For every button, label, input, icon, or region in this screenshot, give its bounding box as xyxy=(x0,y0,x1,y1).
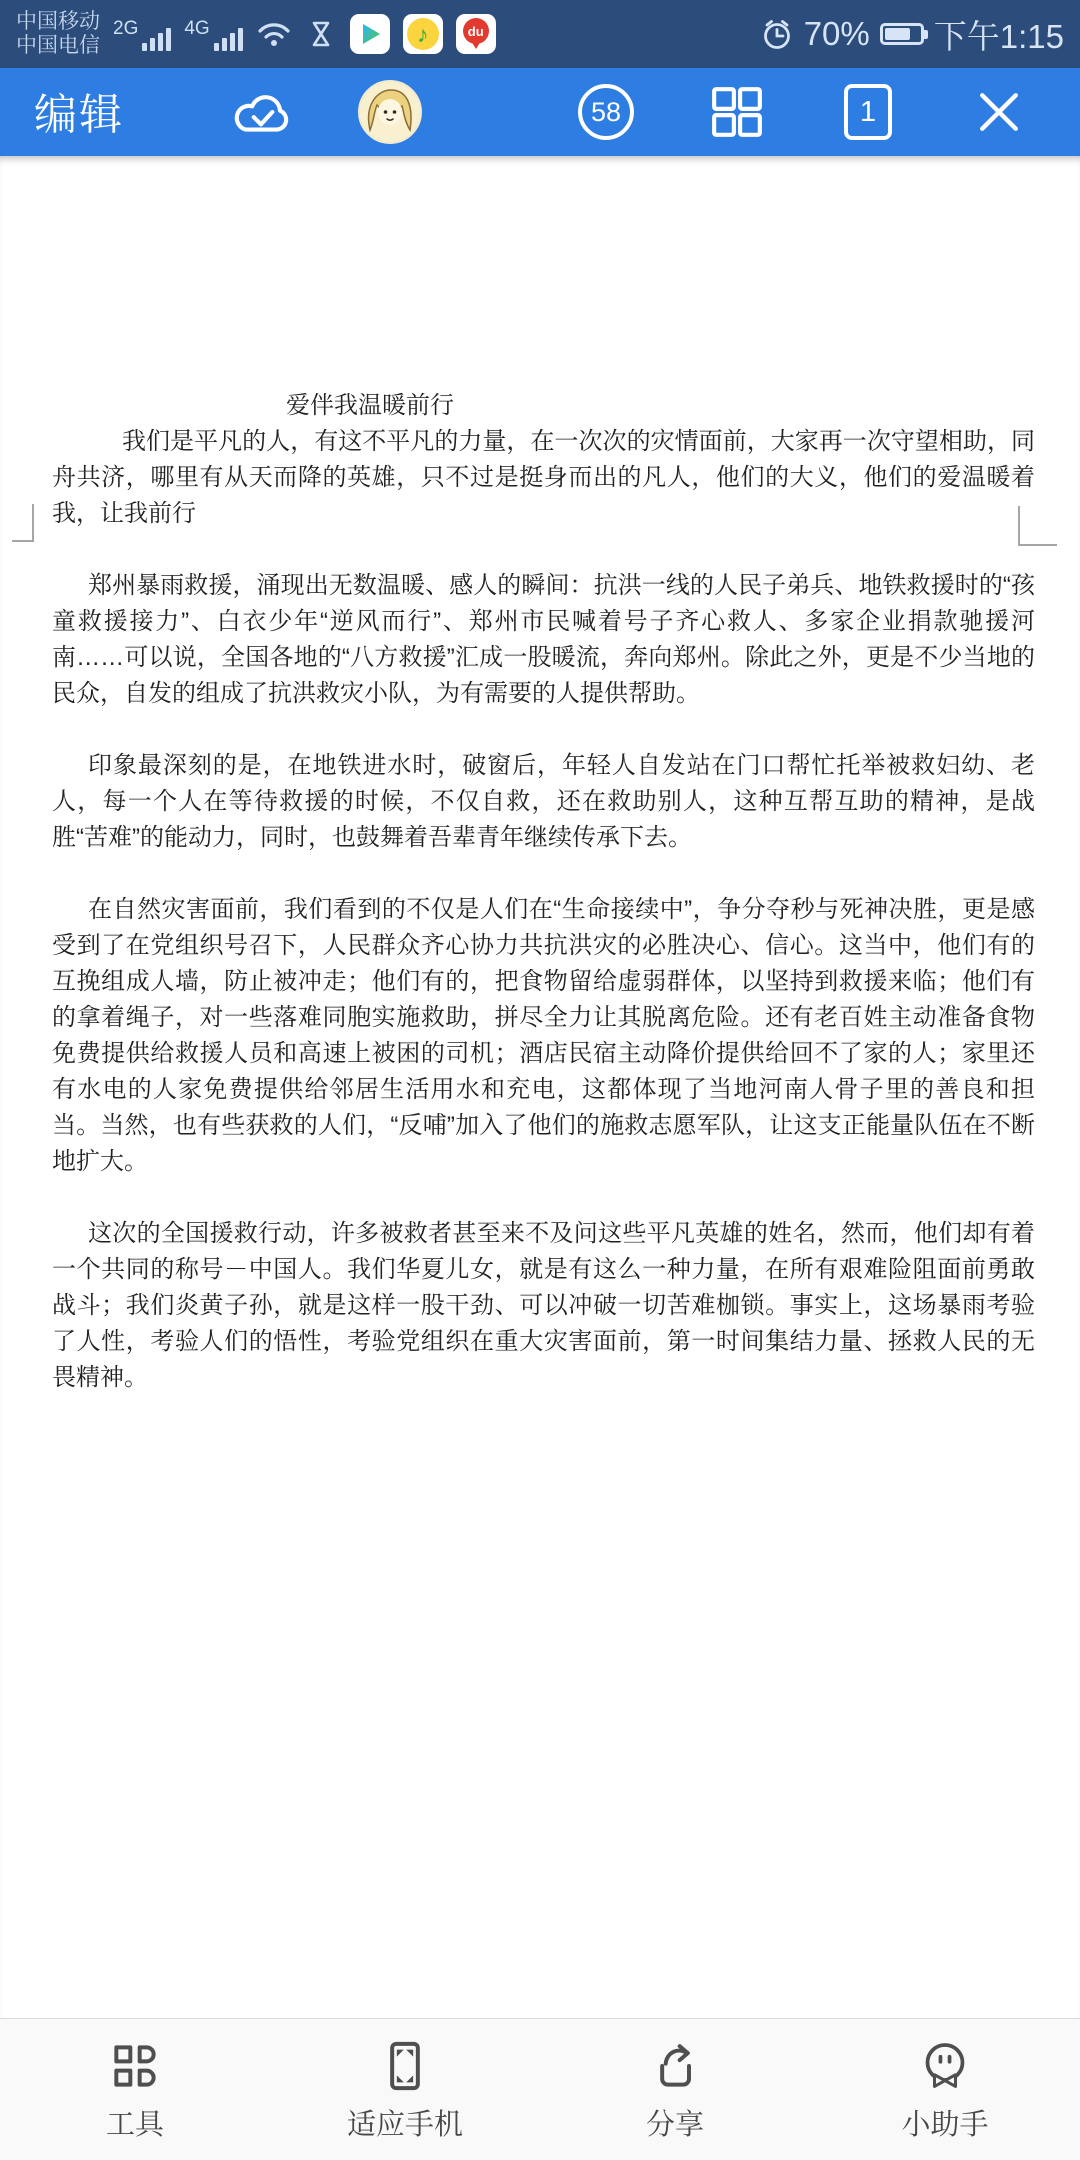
status-right: 70% 下午1:15 xyxy=(760,11,1064,58)
share-icon xyxy=(647,2038,703,2094)
doc-paragraph: 在自然灾害面前，我们看到的不仅是人们在“生命接续中”，争分夺秒与死神决胜，更是感… xyxy=(52,892,1035,1180)
wifi-icon xyxy=(256,20,292,48)
status-bar: 中国移动 中国电信 2G 4G xyxy=(0,0,1080,68)
doc-paragraph: 郑州暴雨救援，涌现出无数温暖、感人的瞬间：抗洪一线的人民子弟兵、地铁救援时的“孩… xyxy=(52,568,1035,712)
doc-paragraph: 印象最深刻的是，在地铁进水时，破窗后，年轻人自发站在门口帮忙托举被救妇幼、老人，… xyxy=(52,748,1035,856)
document-content: 爱伴我温暖前行 我们是平凡的人，有这不平凡的力量，在一次次的灾情面前，大家再一次… xyxy=(52,156,1035,1432)
fit-phone-button[interactable]: 适应手机 xyxy=(270,2019,540,2160)
battery-icon xyxy=(880,23,924,45)
document-canvas[interactable]: 爱伴我温暖前行 我们是平凡的人，有这不平凡的力量，在一次次的灾情面前，大家再一次… xyxy=(0,156,1080,2018)
net-label-2g: 2G xyxy=(113,19,138,38)
apps-grid-icon[interactable] xyxy=(710,85,764,139)
music-note-glyph: ♪ xyxy=(407,18,439,50)
tools-button[interactable]: 工具 xyxy=(0,2019,270,2160)
assistant-icon xyxy=(917,2038,973,2094)
qq-music-icon: ♪ xyxy=(403,14,443,54)
carrier-line2: 中国电信 xyxy=(16,34,100,58)
tencent-video-icon xyxy=(350,14,390,54)
page-indicator[interactable]: 1 xyxy=(844,84,892,140)
bottom-toolbar: 工具 适应手机 分享 xyxy=(0,2018,1080,2160)
signal-bars-icon xyxy=(214,27,243,51)
status-left: 中国移动 中国电信 2G 4G xyxy=(16,10,496,58)
assistant-button[interactable]: 小助手 xyxy=(810,2019,1080,2160)
signal-bars-4g: 4G xyxy=(184,17,242,51)
close-icon[interactable] xyxy=(976,89,1022,135)
baidu-maps-icon: du xyxy=(456,14,496,54)
avatar[interactable] xyxy=(358,80,422,144)
fit-phone-label: 适应手机 xyxy=(347,2102,463,2143)
doc-paragraph: 我们是平凡的人，有这不平凡的力量，在一次次的灾情面前，大家再一次守望相助，同舟共… xyxy=(52,424,1035,532)
margin-mark-left xyxy=(12,504,34,542)
fit-phone-icon xyxy=(377,2038,433,2094)
carrier-line1: 中国移动 xyxy=(16,10,100,34)
carrier-labels: 中国移动 中国电信 xyxy=(16,10,100,58)
baidu-pin-text: du xyxy=(463,18,489,44)
zoom-level-badge[interactable]: 58 xyxy=(578,84,634,140)
share-button[interactable]: 分享 xyxy=(540,2019,810,2160)
doc-title: 爱伴我温暖前行 xyxy=(52,388,1035,424)
doc-paragraph: 这次的全国援救行动，许多被救者甚至来不及问这些平凡英雄的姓名，然而，他们却有着一… xyxy=(52,1216,1035,1396)
battery-percent: 70% xyxy=(804,15,870,53)
hourglass-icon xyxy=(305,18,337,50)
tools-grid-icon xyxy=(107,2038,163,2094)
edit-mode-button[interactable]: 编辑 xyxy=(34,82,124,143)
cloud-save-icon[interactable] xyxy=(228,87,296,137)
tools-label: 工具 xyxy=(106,2102,164,2143)
signal-bars-2g: 2G xyxy=(113,17,171,51)
share-label: 分享 xyxy=(646,2102,704,2143)
clock-time: 下午1:15 xyxy=(934,11,1064,58)
screen: 中国移动 中国电信 2G 4G xyxy=(0,0,1080,2160)
signal-bars-icon xyxy=(142,27,171,51)
assistant-label: 小助手 xyxy=(901,2102,988,2143)
alarm-icon xyxy=(760,17,794,51)
top-toolbar: 编辑 58 1 xyxy=(0,68,1080,156)
net-label-4g: 4G xyxy=(184,19,209,38)
